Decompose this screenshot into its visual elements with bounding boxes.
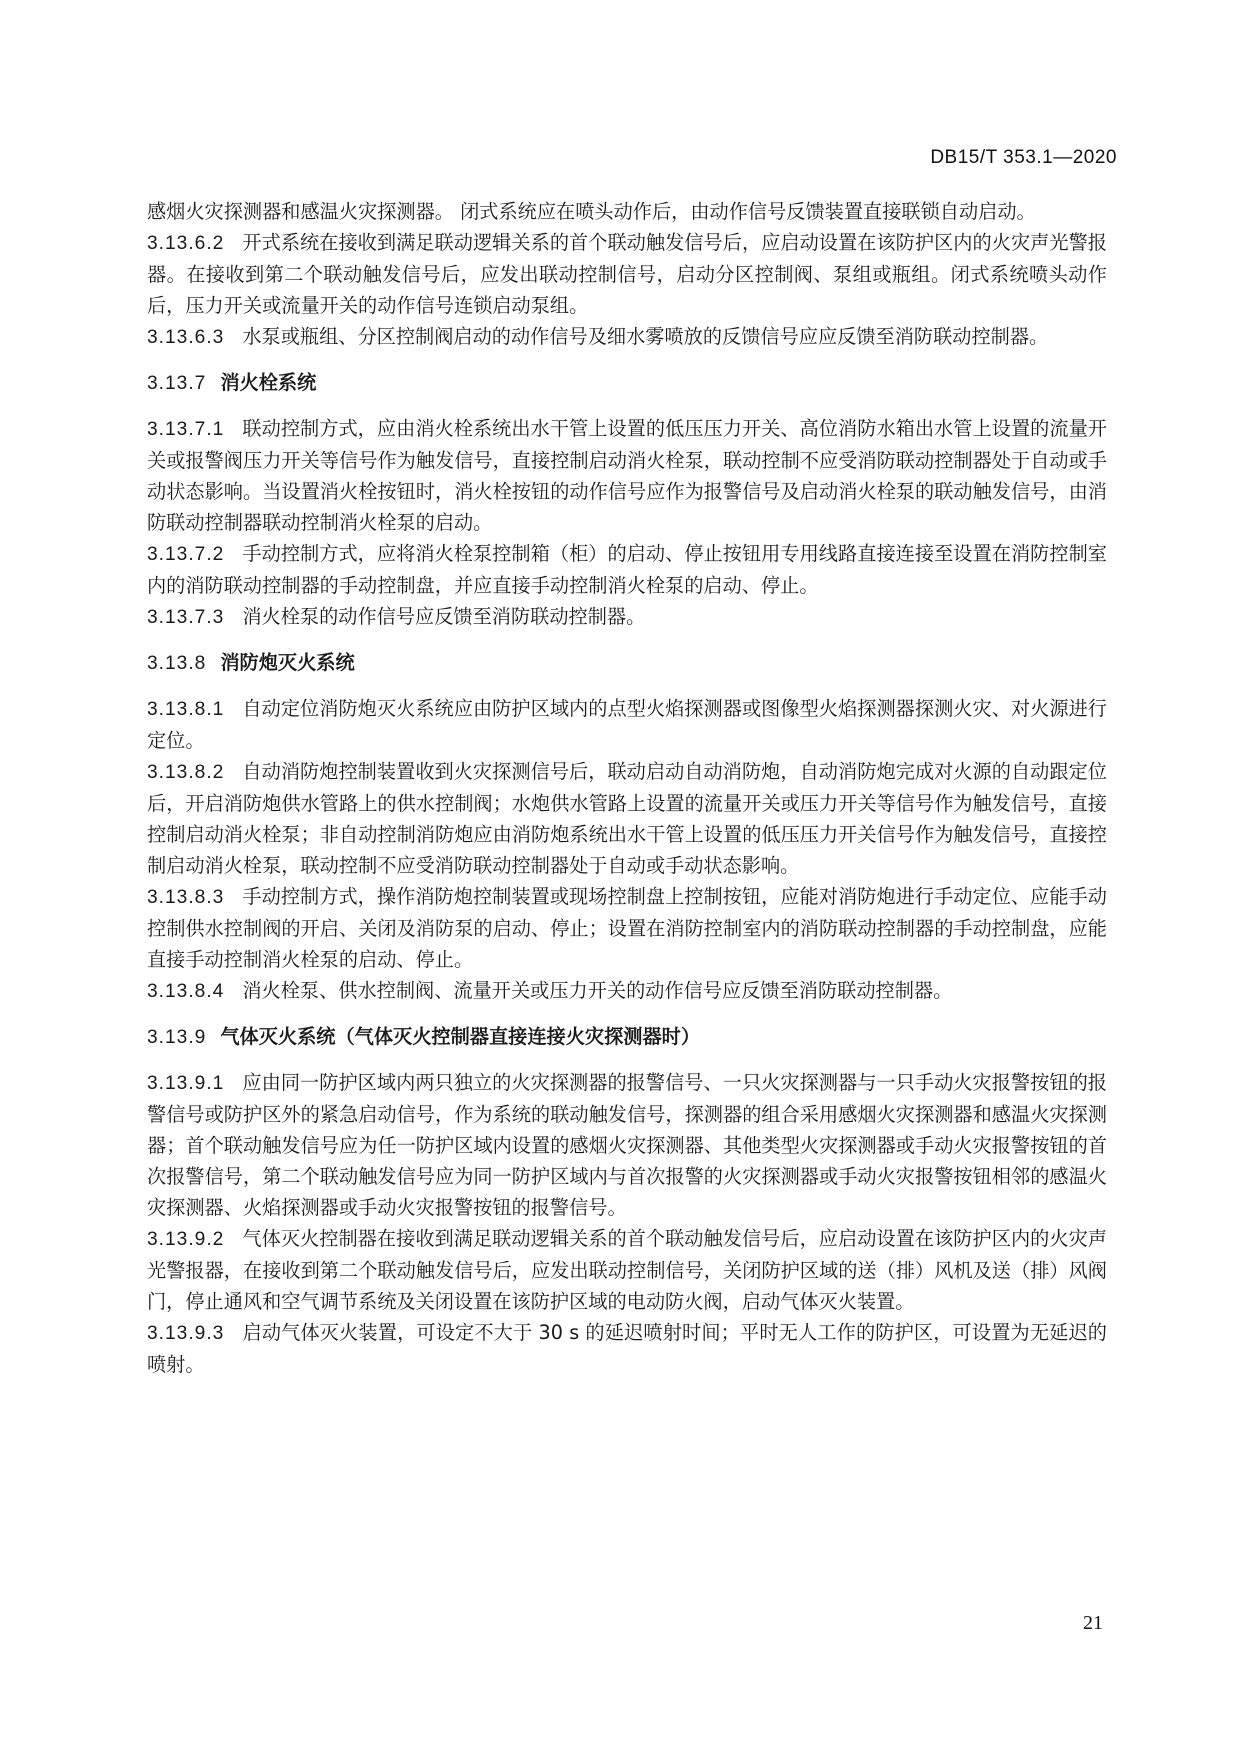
clause-number: 3.13.9.2 [147, 1229, 224, 1250]
clause-number: 3.13.7.1 [147, 419, 224, 440]
clause-number: 3.13.7.3 [147, 607, 224, 628]
clause-text: 手动控制方式，操作消防炮控制装置或现场控制盘上控制按钮，应能对消防炮进行手动定位… [147, 885, 1107, 971]
clause-3-13-8-3: 3.13.8.3手动控制方式，操作消防炮控制装置或现场控制盘上控制按钮，应能对消… [147, 881, 1107, 975]
clause-3-13-9-1: 3.13.9.1应由同一防护区域内两只独立的火灾探测器的报警信号、一只火灾探测器… [147, 1067, 1107, 1223]
clause-text: 启动气体灭火装置，可设定不大于 30 s 的延迟喷射时间；平时无人工作的防护区，… [147, 1321, 1107, 1376]
section-heading-3-13-7: 3.13.7消火栓系统 [147, 367, 1107, 399]
clause-number: 3.13.8.4 [147, 981, 224, 1002]
clause-text: 开式系统在接收到满足联动逻辑关系的首个联动触发信号后，应启动设置在该防护区内的火… [147, 231, 1107, 317]
clause-number: 3.13.8.3 [147, 887, 224, 908]
clause-number: 3.13.7.2 [147, 544, 224, 565]
clause-text: 联动控制方式，应由消火栓系统出水干管上设置的低压压力开关、高位消防水箱出水管上设… [147, 417, 1107, 534]
clause-text: 手动控制方式，应将消火栓泵控制箱（柜）的启动、停止按钮用专用线路直接连接至设置在… [147, 542, 1107, 597]
clause-number: 3.13.8.1 [147, 699, 224, 720]
page-number: 21 [1083, 1612, 1103, 1635]
clause-3-13-9-3: 3.13.9.3启动气体灭火装置，可设定不大于 30 s 的延迟喷射时间；平时无… [147, 1317, 1107, 1380]
section-heading-3-13-9: 3.13.9气体灭火系统（气体灭火控制器直接连接火灾探测器时） [147, 1021, 1107, 1053]
paragraph-text: 感烟火灾探测器和感温火灾探测器。 闭式系统应在喷头动作后，由动作信号反馈装置直接… [147, 200, 1036, 223]
clause-text: 消火栓泵的动作信号应反馈至消防联动控制器。 [242, 605, 645, 628]
section-title: 消防炮灭火系统 [220, 651, 354, 674]
clause-3-13-7-1: 3.13.7.1联动控制方式，应由消火栓系统出水干管上设置的低压压力开关、高位消… [147, 413, 1107, 538]
clause-3-13-7-2: 3.13.7.2手动控制方式，应将消火栓泵控制箱（柜）的启动、停止按钮用专用线路… [147, 538, 1107, 601]
clause-number: 3.13.8.2 [147, 762, 224, 783]
clause-text: 气体灭火控制器在接收到满足联动逻辑关系的首个联动触发信号后，应启动设置在该防护区… [147, 1227, 1107, 1313]
clause-3-13-8-2: 3.13.8.2自动消防炮控制装置收到火灾探测信号后，联动启动自动消防炮，自动消… [147, 756, 1107, 881]
section-number: 3.13.8 [147, 653, 206, 674]
section-number: 3.13.9 [147, 1027, 206, 1048]
clause-number: 3.13.9.3 [147, 1323, 224, 1344]
clause-text: 消火栓泵、供水控制阀、流量开关或压力开关的动作信号应反馈至消防联动控制器。 [242, 979, 952, 1002]
continuation-paragraph: 感烟火灾探测器和感温火灾探测器。 闭式系统应在喷头动作后，由动作信号反馈装置直接… [147, 196, 1107, 227]
clause-3-13-8-4: 3.13.8.4消火栓泵、供水控制阀、流量开关或压力开关的动作信号应反馈至消防联… [147, 975, 1107, 1007]
clause-3-13-9-2: 3.13.9.2气体灭火控制器在接收到满足联动逻辑关系的首个联动触发信号后，应启… [147, 1223, 1107, 1317]
clause-number: 3.13.9.1 [147, 1073, 224, 1094]
document-body: 感烟火灾探测器和感温火灾探测器。 闭式系统应在喷头动作后，由动作信号反馈装置直接… [147, 196, 1107, 1380]
clause-3-13-7-3: 3.13.7.3消火栓泵的动作信号应反馈至消防联动控制器。 [147, 601, 1107, 633]
clause-text: 应由同一防护区域内两只独立的火灾探测器的报警信号、一只火灾探测器与一只手动火灾报… [147, 1071, 1107, 1219]
clause-text: 自动定位消防炮灭火系统应由防护区域内的点型火焰探测器或图像型火焰探测器探测火灾、… [147, 697, 1107, 752]
section-title: 气体灭火系统（气体灭火控制器直接连接火灾探测器时） [220, 1025, 700, 1048]
section-title: 消火栓系统 [220, 371, 316, 394]
clause-3-13-6-3: 3.13.6.3水泵或瓶组、分区控制阀启动的动作信号及细水雾喷放的反馈信号应应反… [147, 321, 1107, 353]
clause-number: 3.13.6.2 [147, 233, 224, 254]
clause-text: 水泵或瓶组、分区控制阀启动的动作信号及细水雾喷放的反馈信号应应反馈至消防联动控制… [242, 325, 1048, 348]
clause-3-13-6-2: 3.13.6.2开式系统在接收到满足联动逻辑关系的首个联动触发信号后，应启动设置… [147, 227, 1107, 321]
clause-3-13-8-1: 3.13.8.1自动定位消防炮灭火系统应由防护区域内的点型火焰探测器或图像型火焰… [147, 693, 1107, 756]
clause-text: 自动消防炮控制装置收到火灾探测信号后，联动启动自动消防炮，自动消防炮完成对火源的… [147, 760, 1107, 877]
section-heading-3-13-8: 3.13.8消防炮灭火系统 [147, 647, 1107, 679]
section-number: 3.13.7 [147, 373, 206, 394]
clause-number: 3.13.6.3 [147, 327, 224, 348]
standard-code-header: DB15/T 353.1—2020 [930, 147, 1117, 169]
